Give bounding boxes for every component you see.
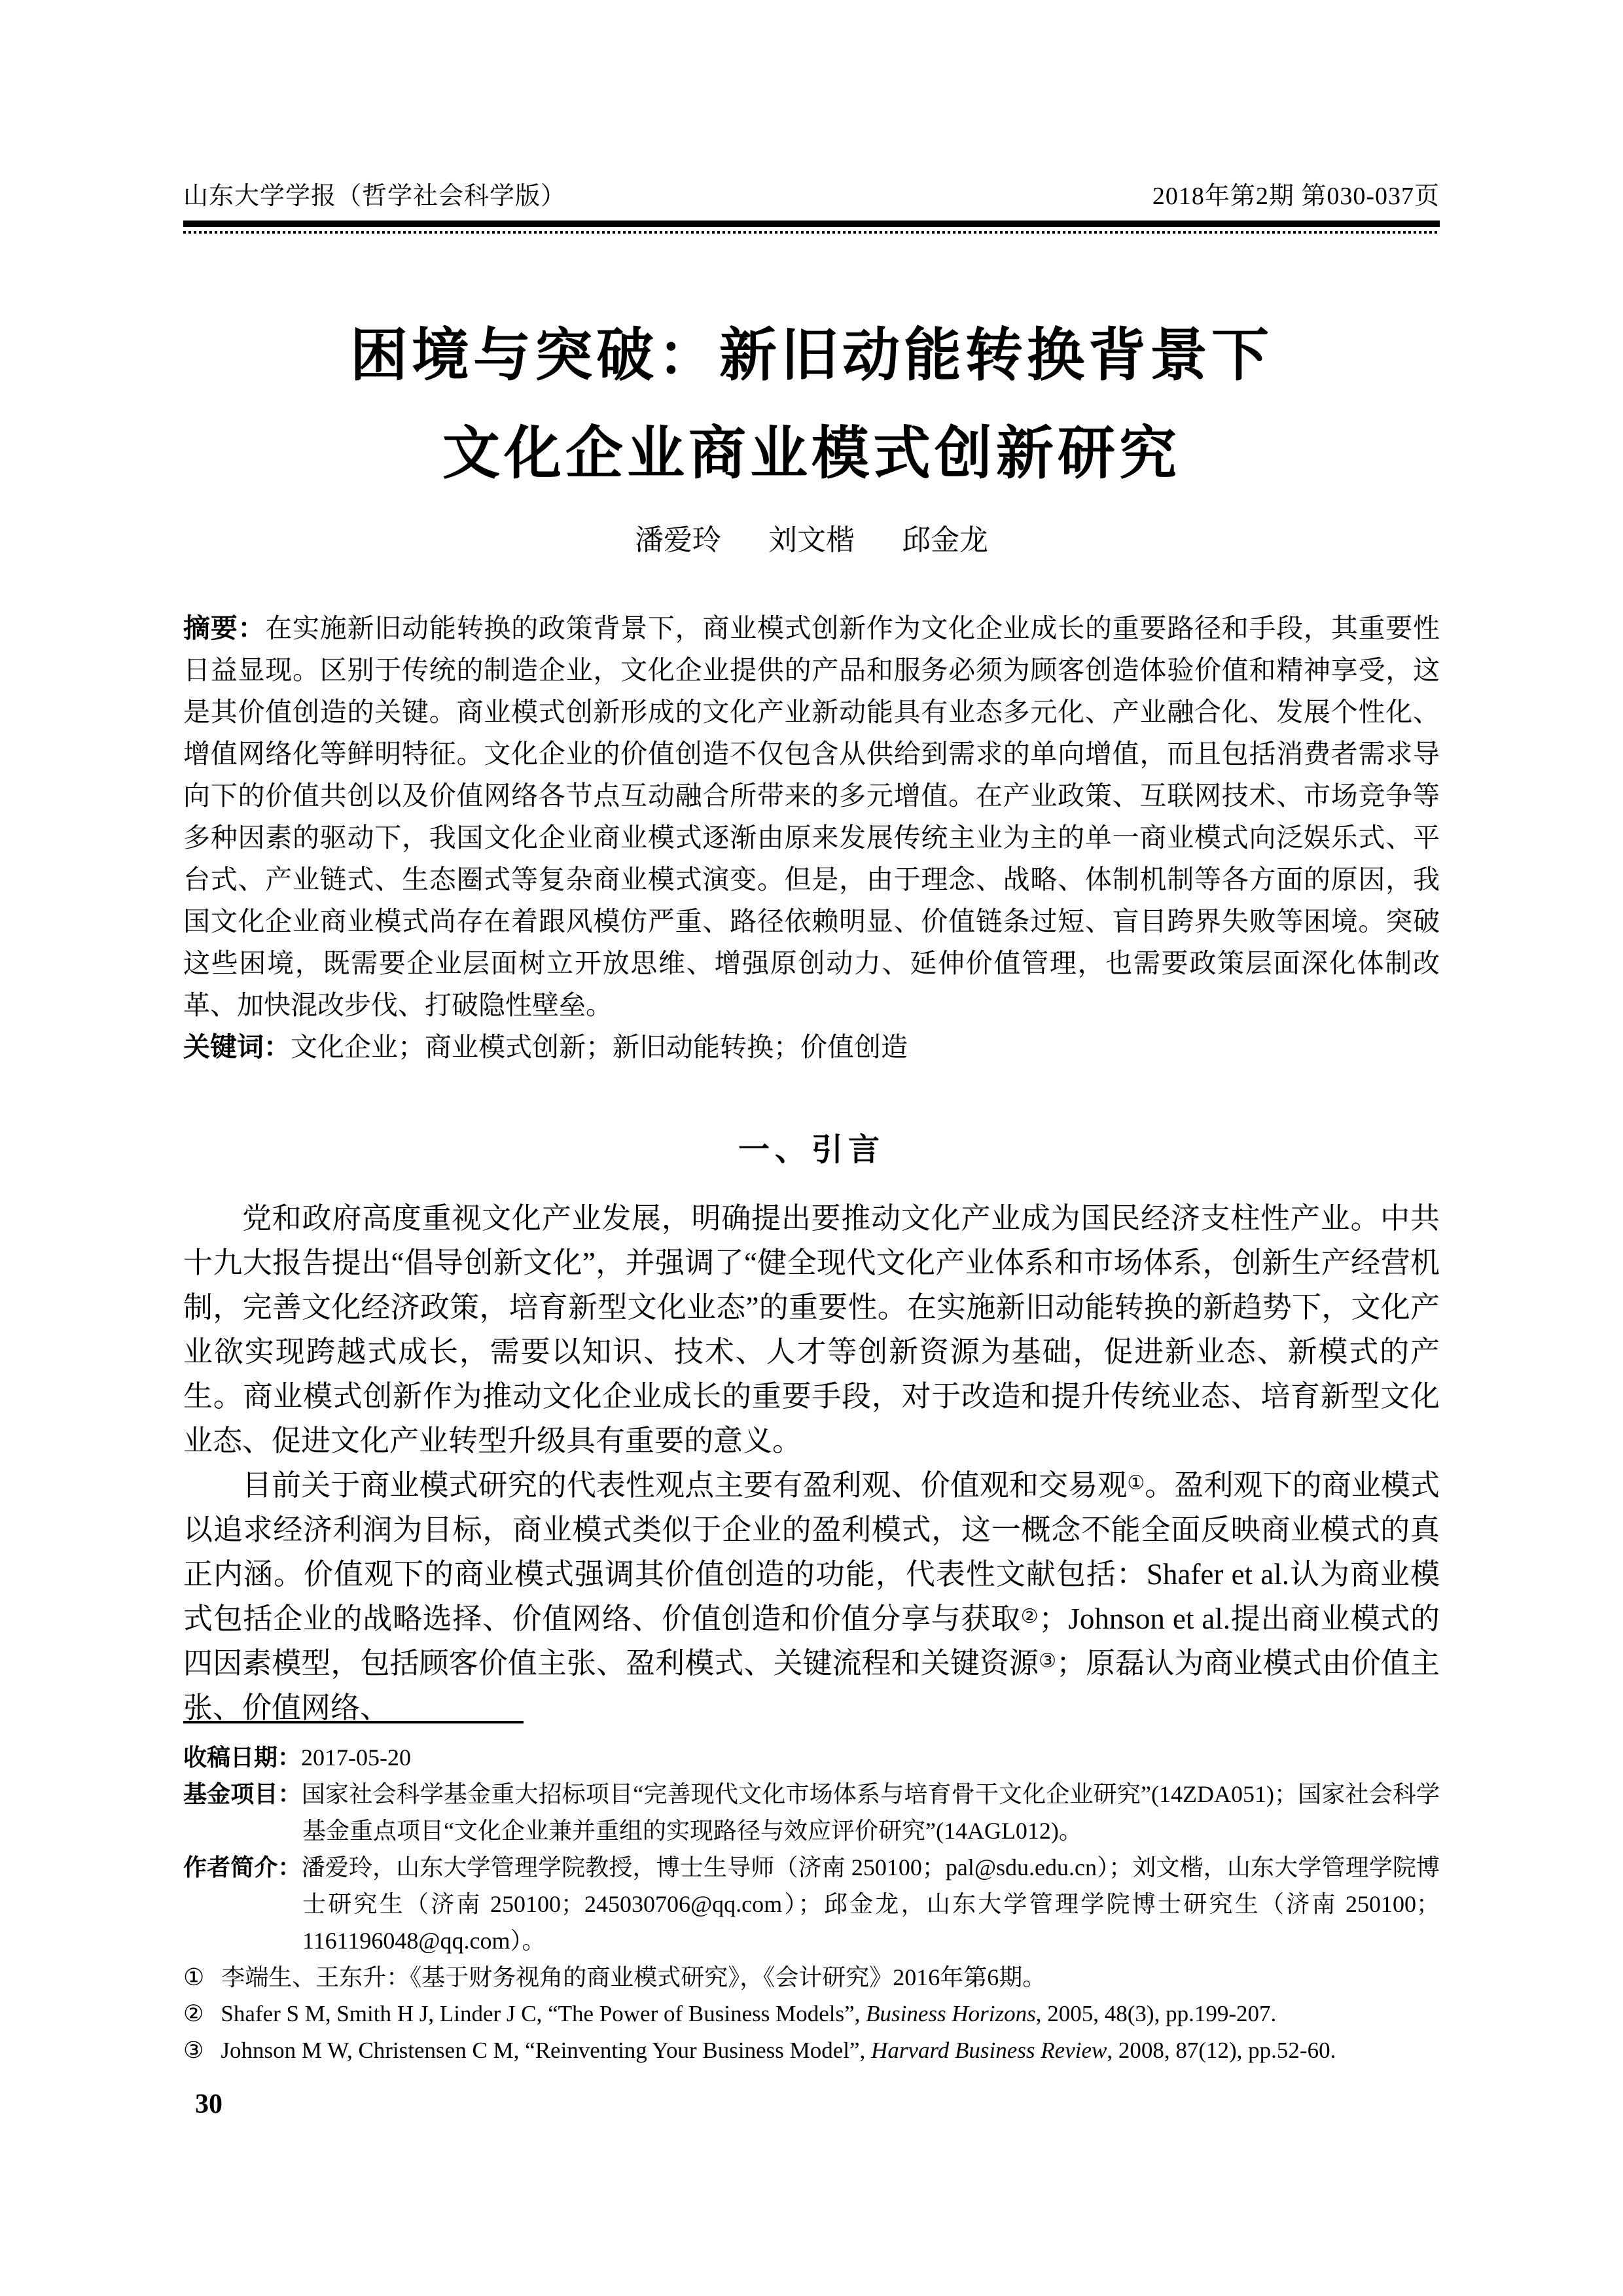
body-text-segment: 党和政府高度重视文化产业发展，明确提出要推动文化产业成为国民经济支柱性产业。中共… bbox=[183, 1202, 1440, 1457]
running-head: 山东大学学报（哲学社会科学版） 2018年第2期 第030-037页 bbox=[183, 182, 1440, 211]
ref-text: 李端生、王东升：《基于财务视角的商业模式研究》，《会计研究》2016年第6期。 bbox=[221, 1964, 1046, 1990]
ref-number: ① bbox=[183, 1964, 204, 1990]
received-label: 收稿日期： bbox=[183, 1744, 301, 1771]
abstract-paragraph: 摘要：在实施新旧动能转换的政策背景下，商业模式创新作为文化企业成长的重要路径和手… bbox=[183, 607, 1440, 1026]
keywords-line: 关键词：文化企业；商业模式创新；新旧动能转换；价值创造 bbox=[183, 1026, 1440, 1068]
ref-number: ② bbox=[183, 2001, 204, 2026]
author-name: 潘爱玲 bbox=[635, 522, 721, 559]
issue-info: 2018年第2期 第030-037页 bbox=[1152, 182, 1440, 211]
bio-label: 作者简介： bbox=[183, 1854, 302, 1881]
author-name: 刘文楷 bbox=[768, 522, 855, 559]
ref-journal: Business Horizons bbox=[866, 2001, 1036, 2026]
citation-mark: ② bbox=[1021, 1606, 1039, 1627]
article-body: 党和政府高度重视文化产业发展，明确提出要推动文化产业成为国民经济支柱性产业。中共… bbox=[183, 1196, 1440, 1730]
footnote-bio: 作者简介：潘爱玲，山东大学管理学院教授，博士生导师（济南 250100；pal@… bbox=[183, 1849, 1440, 1959]
body-text-segment: 目前关于商业模式研究的代表性观点主要有盈利观、价值观和交易观 bbox=[242, 1469, 1127, 1502]
footnote-received: 收稿日期：2017-05-20 bbox=[183, 1739, 1440, 1776]
footnote-ref: ①李端生、王东升：《基于财务视角的商业模式研究》，《会计研究》2016年第6期。 bbox=[183, 1959, 1440, 1996]
article-title-line1: 困境与突破：新旧动能转换背景下 bbox=[183, 308, 1440, 406]
received-date: 2017-05-20 bbox=[301, 1744, 411, 1771]
ref-text-post: , 2008, 87(12), pp.52-60. bbox=[1107, 2038, 1336, 2063]
citation-mark: ① bbox=[1127, 1472, 1145, 1494]
bio-text: 潘爱玲，山东大学管理学院教授，博士生导师（济南 250100；pal@sdu.e… bbox=[302, 1854, 1440, 1954]
abstract-text: 在实施新旧动能转换的政策背景下，商业模式创新作为文化企业成长的重要路径和手段，其… bbox=[183, 613, 1440, 1020]
journal-page: 山东大学学报（哲学社会科学版） 2018年第2期 第030-037页 困境与突破… bbox=[0, 0, 1623, 2296]
body-paragraph: 党和政府高度重视文化产业发展，明确提出要推动文化产业成为国民经济支柱性产业。中共… bbox=[183, 1196, 1440, 1463]
fund-label: 基金项目： bbox=[183, 1780, 302, 1807]
keywords-text: 文化企业；商业模式创新；新旧动能转换；价值创造 bbox=[291, 1032, 908, 1062]
footnote-separator bbox=[183, 1721, 524, 1723]
footnote-ref: ②Shafer S M, Smith H J, Linder J C, “The… bbox=[183, 1996, 1440, 2032]
header-rule-dotted bbox=[183, 231, 1440, 234]
article-title: 困境与突破：新旧动能转换背景下 文化企业商业模式创新研究 bbox=[183, 308, 1440, 504]
fund-text: 国家社会科学基金重大招标项目“完善现代文化市场体系与培育骨干文化企业研究”(14… bbox=[302, 1781, 1440, 1844]
ref-text: Johnson M W, Christensen C M, “Reinventi… bbox=[221, 2038, 871, 2063]
journal-name: 山东大学学报（哲学社会科学版） bbox=[183, 182, 566, 211]
author-name: 邱金龙 bbox=[902, 522, 988, 559]
author-list: 潘爱玲 刘文楷 邱金龙 bbox=[183, 522, 1440, 559]
body-paragraph: 目前关于商业模式研究的代表性观点主要有盈利观、价值观和交易观①。盈利观下的商业模… bbox=[183, 1463, 1440, 1730]
citation-mark: ③ bbox=[1039, 1650, 1056, 1672]
footnote-area: 收稿日期：2017-05-20 基金项目：国家社会科学基金重大招标项目“完善现代… bbox=[183, 1739, 1440, 2069]
header-rule-thick bbox=[183, 221, 1440, 227]
keywords-label: 关键词： bbox=[183, 1032, 291, 1062]
abstract-label: 摘要： bbox=[183, 613, 265, 643]
ref-number: ③ bbox=[183, 2038, 204, 2063]
ref-text: Shafer S M, Smith H J, Linder J C, “The … bbox=[221, 2001, 866, 2026]
ref-journal: Harvard Business Review bbox=[871, 2038, 1107, 2063]
section-heading: 一、引言 bbox=[183, 1124, 1440, 1169]
ref-text-post: , 2005, 48(3), pp.199-207. bbox=[1036, 2001, 1276, 2026]
footnote-fund: 基金项目：国家社会科学基金重大招标项目“完善现代文化市场体系与培育骨干文化企业研… bbox=[183, 1776, 1440, 1849]
abstract-section: 摘要：在实施新旧动能转换的政策背景下，商业模式创新作为文化企业成长的重要路径和手… bbox=[183, 607, 1440, 1068]
footnote-ref: ③Johnson M W, Christensen C M, “Reinvent… bbox=[183, 2032, 1440, 2069]
article-title-line2: 文化企业商业模式创新研究 bbox=[183, 406, 1440, 504]
page-number: 30 bbox=[195, 2089, 223, 2120]
